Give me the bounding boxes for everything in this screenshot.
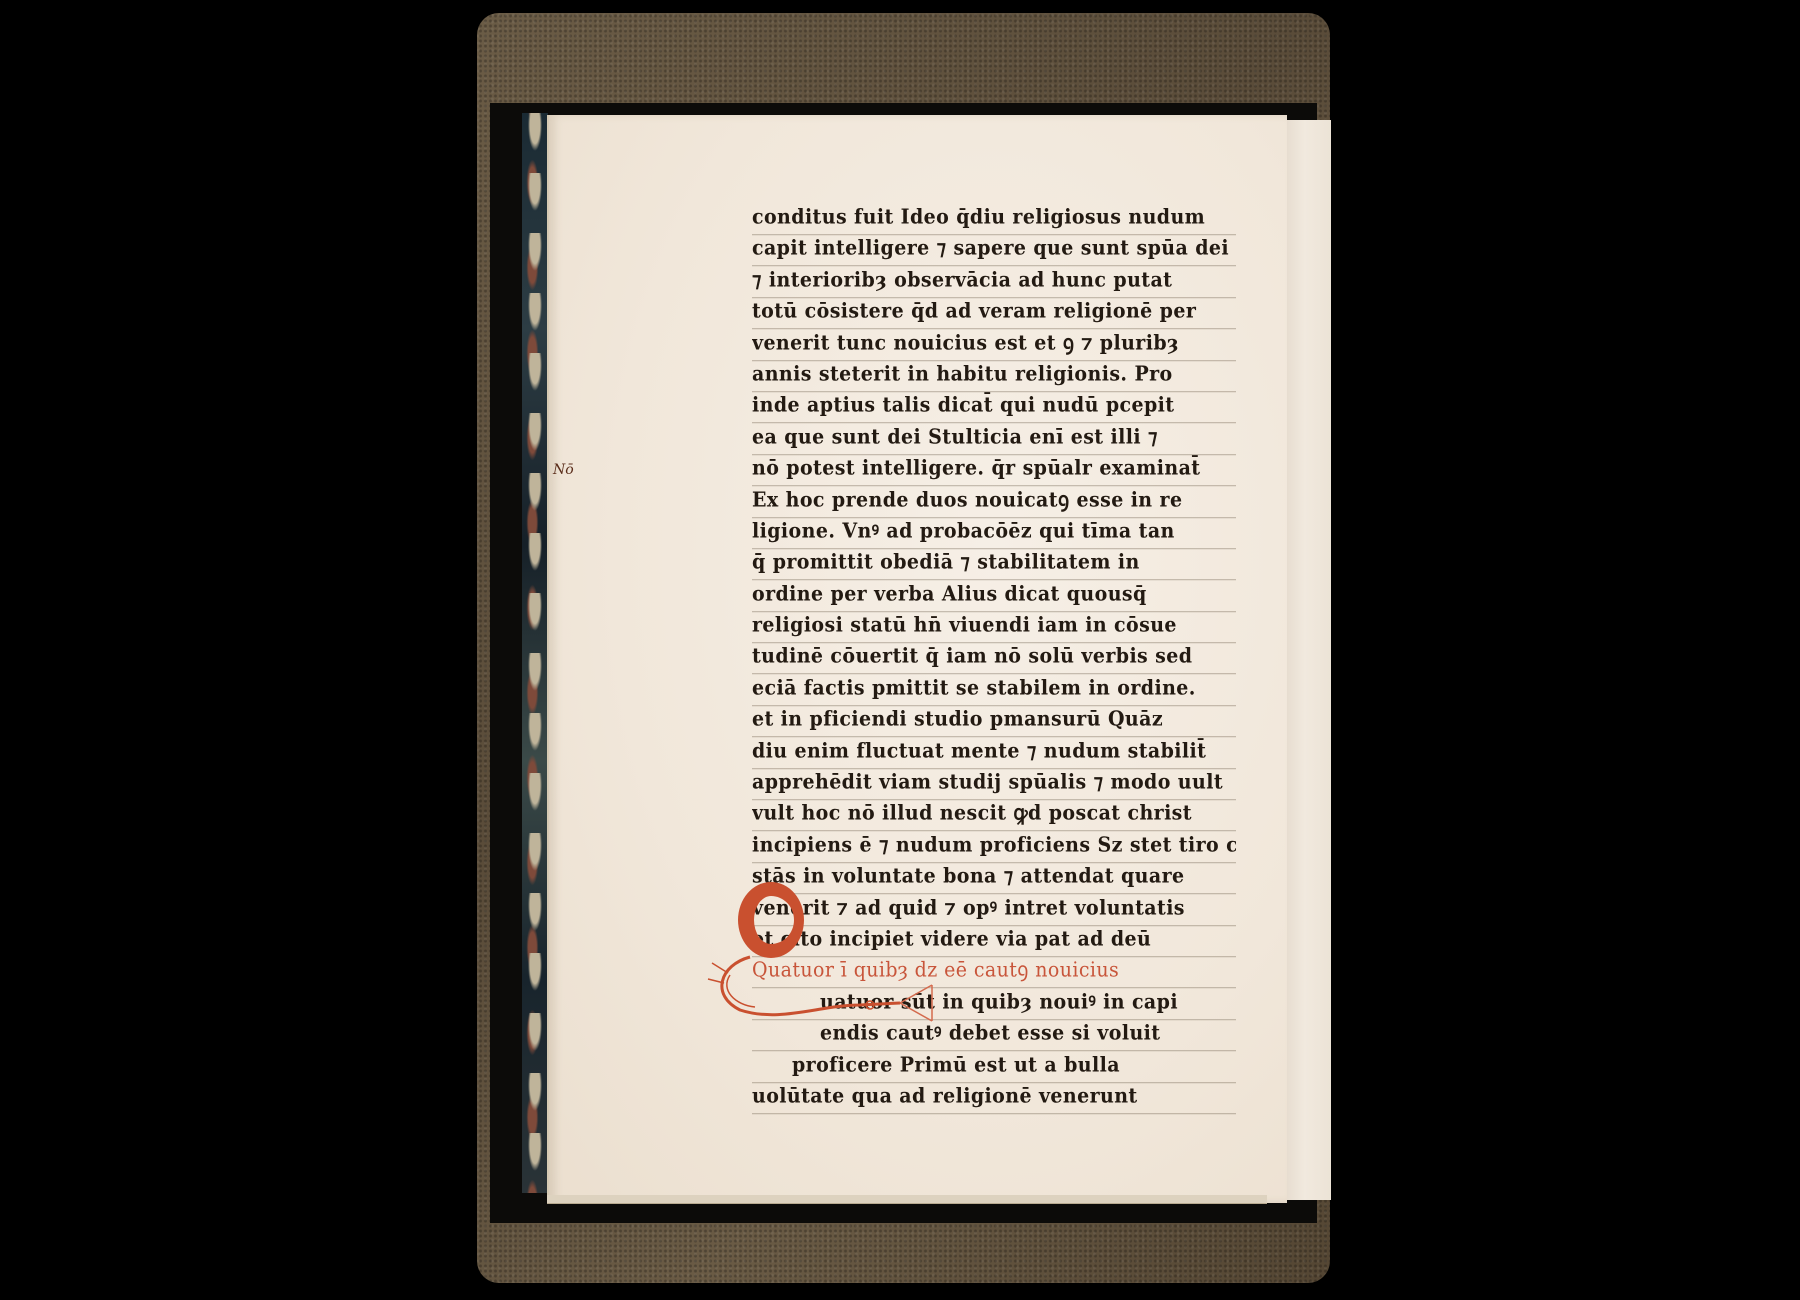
text-line: conditus fuit Ideo q̄diu religiosus nudu… — [752, 202, 1236, 236]
text-line: incipiens ē ⁊ nudum proficiens Sz stet t… — [752, 830, 1236, 864]
decorated-initial-q — [738, 882, 804, 958]
text-line: tudinē cōuertit q̄ iam nō solū verbis se… — [752, 641, 1236, 675]
text-line: totū cōsistere q̄d ad veram religionē pe… — [752, 296, 1236, 330]
text-line: inde aptius talis dicat̄ qui nudū pcepit — [752, 390, 1236, 424]
text-line: stās in voluntate bona ⁊ attendat quare — [752, 861, 1236, 895]
text-line: annis steterit in habitu religionis. Pro — [752, 359, 1236, 393]
text-line: et in pficiendi studio pmansurū Quāz — [752, 704, 1236, 738]
text-line: et cito incipiet videre via pat ad deū — [752, 924, 1236, 958]
page-bottom-edge — [547, 1195, 1267, 1204]
text-line: diu enim fluctuat mente ⁊ nudum stabilit… — [752, 735, 1236, 769]
text-line: venerit ⁊ ad quid ⁊ opꝰ intret voluntati… — [752, 892, 1236, 926]
text-line: proficere Primū est ut a bulla — [752, 1049, 1236, 1083]
text-line: religiosi statū hn̄ viuendi iam in cōsue — [752, 610, 1236, 644]
text-line: venerit tunc nouicius est et ꝯ ⁊ pluribȝ — [752, 327, 1236, 361]
marginal-note: Nō — [553, 462, 574, 478]
text-line: eciā factis pmittit se stabilem in ordin… — [752, 673, 1236, 707]
text-line: ⁊ interioribȝ observācia ad hunc putat — [752, 265, 1236, 299]
text-line: apprehēdit viam studij spūalis ⁊ modo uu… — [752, 767, 1236, 801]
fish-tail-flourish-icon — [700, 955, 940, 1025]
text-line: uolūtate qua ad religionē venerunt — [752, 1081, 1236, 1115]
marbled-endpaper-edge — [522, 113, 548, 1193]
text-line: ordine per verba Alius dicat quousq̄ — [752, 578, 1236, 612]
text-line: capit intelligere ⁊ sapere que sunt spūa… — [752, 233, 1236, 267]
text-line: ligione. Vnꝰ ad probacōēz qui tīma tan — [752, 516, 1236, 550]
text-line: vult hoc nō illud nescit ꝙd poscat chris… — [752, 798, 1236, 832]
text-line: ea que sunt dei Stulticia enī est illi ⁊ — [752, 421, 1236, 455]
text-line: q̄̄ promittit obediā ⁊ stabilitatem in — [752, 547, 1236, 581]
adjacent-leaf-edge — [1286, 120, 1331, 1200]
text-line: Ex hoc prende duos nouicatꝯ esse in re — [752, 484, 1236, 518]
text-line: nō potest intelligere. q̄r spūalr examin… — [752, 453, 1236, 487]
